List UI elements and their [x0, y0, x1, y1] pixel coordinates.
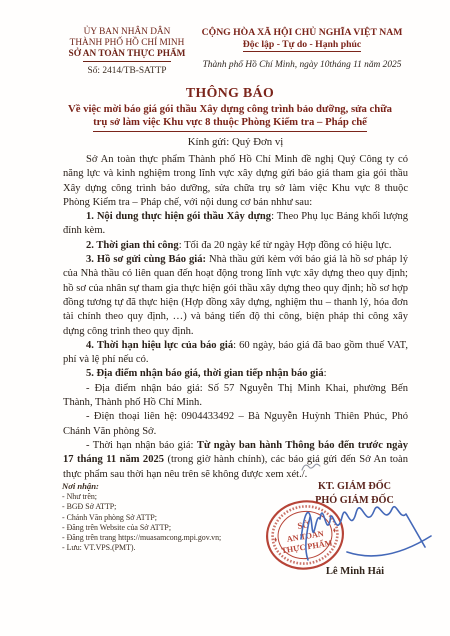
recipients-block: Nơi nhận: - Như trên; - BGĐ Sở ATTP; - C… [62, 481, 267, 554]
document-body: Sở An toàn thực phẩm Thành phố Hồ Chí Mi… [63, 153, 408, 482]
place-date-line: Thành phố Hồ Chí Minh, ngày 10tháng 11 n… [192, 60, 412, 71]
item-2-label: 2. Thời gian thi công [86, 240, 179, 251]
recipient-item: - Đăng trên Website của Sở ATTP; [62, 523, 267, 533]
sub-item-deadline: - Thời hạn nhận báo giá: Từ ngày ban hàn… [63, 439, 408, 482]
item-1: 1. Nội dung thực hiện gói thầu Xây dựng:… [63, 210, 408, 239]
recipient-item: - Đăng trên trang https://muasamcong.mpi… [62, 533, 267, 543]
issuing-authority-block: ỦY BAN NHÂN DÂN THÀNH PHỐ HỒ CHÍ MINH SỞ… [38, 27, 216, 77]
signer-name: Lê Minh Hải [295, 566, 415, 577]
deadline-prefix: - Thời hạn nhận báo giá: [86, 440, 197, 451]
item-3-text: Nhà thầu gửi kèm với báo giá là hồ sơ ph… [63, 254, 408, 336]
recipient-item: - Lưu: VT.VPS.(PMT). [62, 543, 267, 553]
item-2-text: : Tối đa 20 ngày kể từ ngày Hợp đồng có … [179, 240, 392, 251]
sub-item-address: - Địa điểm nhận báo giá: Số 57 Nguyễn Th… [63, 382, 408, 411]
item-4-label: 4. Thời hạn hiệu lực của báo giá [86, 340, 233, 351]
authority-line2: THÀNH PHỐ HỒ CHÍ MINH [38, 38, 216, 49]
handwritten-initials [299, 460, 323, 474]
recipients-label: Nơi nhận: [62, 481, 267, 491]
document-title: THÔNG BÁO [55, 85, 405, 101]
recipient-item: - BGĐ Sở ATTP; [62, 502, 267, 512]
document-page: ỦY BAN NHÂN DÂN THÀNH PHỐ HỒ CHÍ MINH SỞ… [0, 0, 450, 636]
subtitle-line1: Về việc mời báo giá gói thầu Xây dựng cô… [68, 103, 392, 115]
item-4: 4. Thời hạn hiệu lực của báo giá: 60 ngà… [63, 339, 408, 368]
title-block: THÔNG BÁO Về việc mời báo giá gói thầu X… [55, 85, 405, 132]
authority-name: SỞ AN TOÀN THỰC PHẨM [38, 49, 216, 60]
item-3-label: 3. Hồ sơ gửi cùng Báo giá: [86, 254, 206, 265]
salutation: Kính gửi: Quý Đơn vị [63, 136, 408, 148]
subtitle-line2: trụ sở làm việc Khu vực 8 thuộc Phòng Ki… [93, 116, 367, 131]
document-subtitle: Về việc mời báo giá gói thầu Xây dựng cô… [55, 103, 405, 132]
item-2: 2. Thời gian thi công: Tối đa 20 ngày kể… [63, 239, 408, 253]
recipient-item: - Như trên; [62, 492, 267, 502]
sub-item-phone: - Điện thoại liên hệ: 0904433492 – Bà Ng… [63, 410, 408, 439]
authority-line1: ỦY BAN NHÂN DÂN [38, 27, 216, 38]
national-motto-line1: CỘNG HÒA XÃ HỘI CHỦ NGHĨA VIỆT NAM [192, 27, 412, 38]
authority-underline [83, 61, 171, 62]
recipient-item: - Chánh Văn phòng Sở ATTP; [62, 513, 267, 523]
item-5-label: 5. Địa điểm nhận báo giá, thời gian tiếp… [86, 368, 324, 379]
item-5-text: : [324, 368, 327, 379]
item-5: 5. Địa điểm nhận báo giá, thời gian tiếp… [63, 367, 408, 381]
national-motto-line2: Độc lập - Tự do - Hạnh phúc [243, 39, 361, 52]
item-3: 3. Hồ sơ gửi cùng Báo giá: Nhà thầu gửi … [63, 253, 408, 339]
intro-paragraph: Sở An toàn thực phẩm Thành phố Hồ Chí Mi… [63, 153, 408, 210]
national-header-block: CỘNG HÒA XÃ HỘI CHỦ NGHĨA VIỆT NAM Độc l… [192, 27, 412, 71]
document-number: Số: 2414/TB-SATTP [38, 66, 216, 77]
handwritten-signature [291, 487, 437, 571]
item-1-label: 1. Nội dung thực hiện gói thầu Xây dựng [86, 211, 271, 222]
